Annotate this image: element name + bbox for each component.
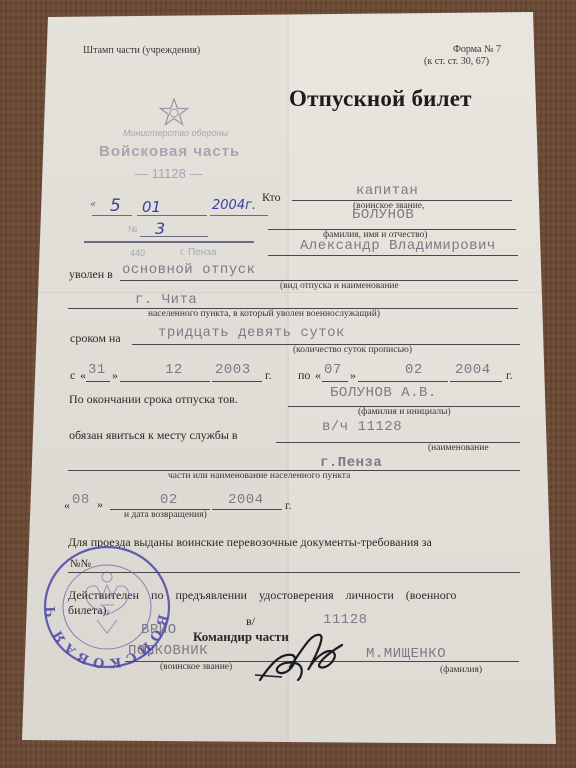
who-label: Кто [262,190,281,205]
to-year-suffix: г. [506,368,513,383]
double-headed-eagle-icon [85,572,128,633]
report-caption-2: части или наименование населенного пункт… [168,471,350,481]
first-patronymic-value: Александр Владимирович [300,238,496,254]
document-title: Отпускной билет [289,86,472,112]
return-year-suffix: г. [285,498,292,513]
commander-name-caption: (фамилия) [440,665,482,675]
short-name-value: БОЛУНОВ А.В. [330,385,437,401]
term-caption: (количество суток прописью) [293,345,412,355]
leave-type-value: основной отпуск [122,262,256,278]
stamp-ministry: Министерство обороны [123,128,228,138]
to-label: по [298,368,310,383]
fold-line [22,292,556,293]
end-label: По окончании срока отпуска тов. [69,392,238,407]
surname-value: БОЛУНОВ [352,207,414,223]
from-year: 2003 [215,362,251,378]
report-city-value: г.Пенза [320,455,382,471]
stamp-date-month: 01 [142,198,161,216]
stamp-number-prefix: № [128,224,138,234]
return-month: 02 [160,492,178,508]
return-caption: и дата возвращения) [124,510,207,520]
stamp-date-year: 2004г. [212,198,256,213]
return-year: 2004 [228,492,264,508]
report-unit-value: в/ч 11128 [322,419,402,435]
destination-caption: населенного пункта, в который уволен вое… [148,309,380,319]
from-label: с [70,368,75,383]
stamp-city-code: 440 [130,248,145,258]
report-label: обязан явиться к месту службы в [69,428,238,443]
to-day: 07 [324,362,342,378]
form-reference: (к ст. ст. 30, 67) [424,56,489,67]
return-day: 08 [72,492,90,508]
stamp-date-day: 5 [110,196,121,216]
leave-label: уволен в [69,267,113,282]
form-number: Форма № 7 [453,44,501,55]
destination-value: г. Чита [135,292,197,308]
stamp-unit-number: — 11128 — [135,166,202,181]
commander-name-value: М.МИЩЕНКО [366,646,446,662]
from-year-suffix: г. [265,368,272,383]
official-seal: ВОЙСКОВАЯ ЧАСТЬ № 11128 ★ [42,545,172,670]
to-year: 2004 [455,362,491,378]
from-month: 12 [165,362,183,378]
star-icon [159,98,189,126]
stamp-city: г. Пенза [180,247,216,258]
leave-caption: (вид отпуска и наименование [280,281,399,291]
signature-scribble [250,625,350,685]
report-caption-1: (наименование [428,443,489,453]
short-name-caption: (фамилия и инициалы) [358,407,451,417]
from-day: 31 [88,362,106,378]
to-month: 02 [405,362,423,378]
stamp-unit: Войсковая часть [99,143,240,160]
term-value: тридцать девять суток [158,325,345,341]
stamp-label: Штамп части (учреждения) [83,45,200,56]
rank-value: капитан [356,183,418,199]
term-label: сроком на [70,331,121,346]
